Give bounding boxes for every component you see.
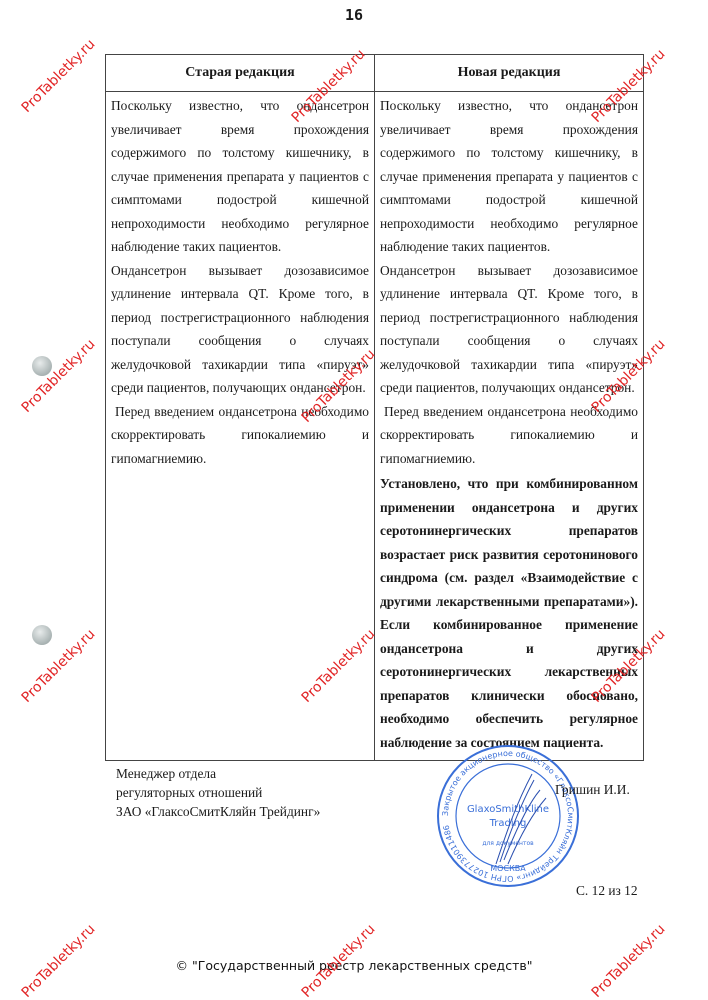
- old-paragraph-1: Поскольку известно, что ондансетрон увел…: [111, 94, 369, 259]
- punch-hole-icon: [32, 625, 52, 645]
- new-added-paragraph: Установлено, что при комбинированном при…: [380, 472, 638, 754]
- signature-title-line-2: регуляторных отношений: [116, 783, 320, 802]
- new-edition-cell: Поскольку известно, что ондансетрон увел…: [375, 92, 644, 761]
- old-paragraph-2: Ондансетрон вызывает дозозависимое удлин…: [111, 259, 369, 400]
- table-header-row: Старая редакция Новая редакция: [106, 55, 644, 92]
- table-row: Поскольку известно, что ондансетрон увел…: [106, 92, 644, 761]
- stamp-city: МОСКВА: [490, 864, 526, 873]
- header-new-edition: Новая редакция: [375, 55, 644, 92]
- watermark: ProTabletky.ru: [19, 336, 99, 416]
- footer-copyright: © "Государственный реестр лекарственных …: [0, 958, 708, 973]
- old-paragraph-3: Перед введением ондансетрона необходимо …: [111, 400, 369, 471]
- page-counter: С. 12 из 12: [576, 883, 638, 899]
- new-paragraph-2: Ондансетрон вызывает дозозависимое удлин…: [380, 259, 638, 400]
- stamp-inner-text: для документов: [482, 840, 534, 847]
- signature-block: Менеджер отдела регуляторных отношений З…: [116, 764, 320, 821]
- stamp-center-line-2: Trading: [489, 818, 527, 829]
- company-stamp: Закрытое акционерное общество «ГлаксоСми…: [436, 744, 580, 888]
- watermark: ProTabletky.ru: [19, 36, 99, 116]
- page-number: 16: [0, 6, 708, 24]
- signature-company: ЗАО «ГлаксоСмитКляйн Трейдинг»: [116, 802, 320, 821]
- signature-title-line-1: Менеджер отдела: [116, 764, 320, 783]
- watermark: ProTabletky.ru: [19, 626, 99, 706]
- comparison-table: Старая редакция Новая редакция Поскольку…: [105, 54, 644, 761]
- signer-name: Гришин И.И.: [555, 782, 630, 798]
